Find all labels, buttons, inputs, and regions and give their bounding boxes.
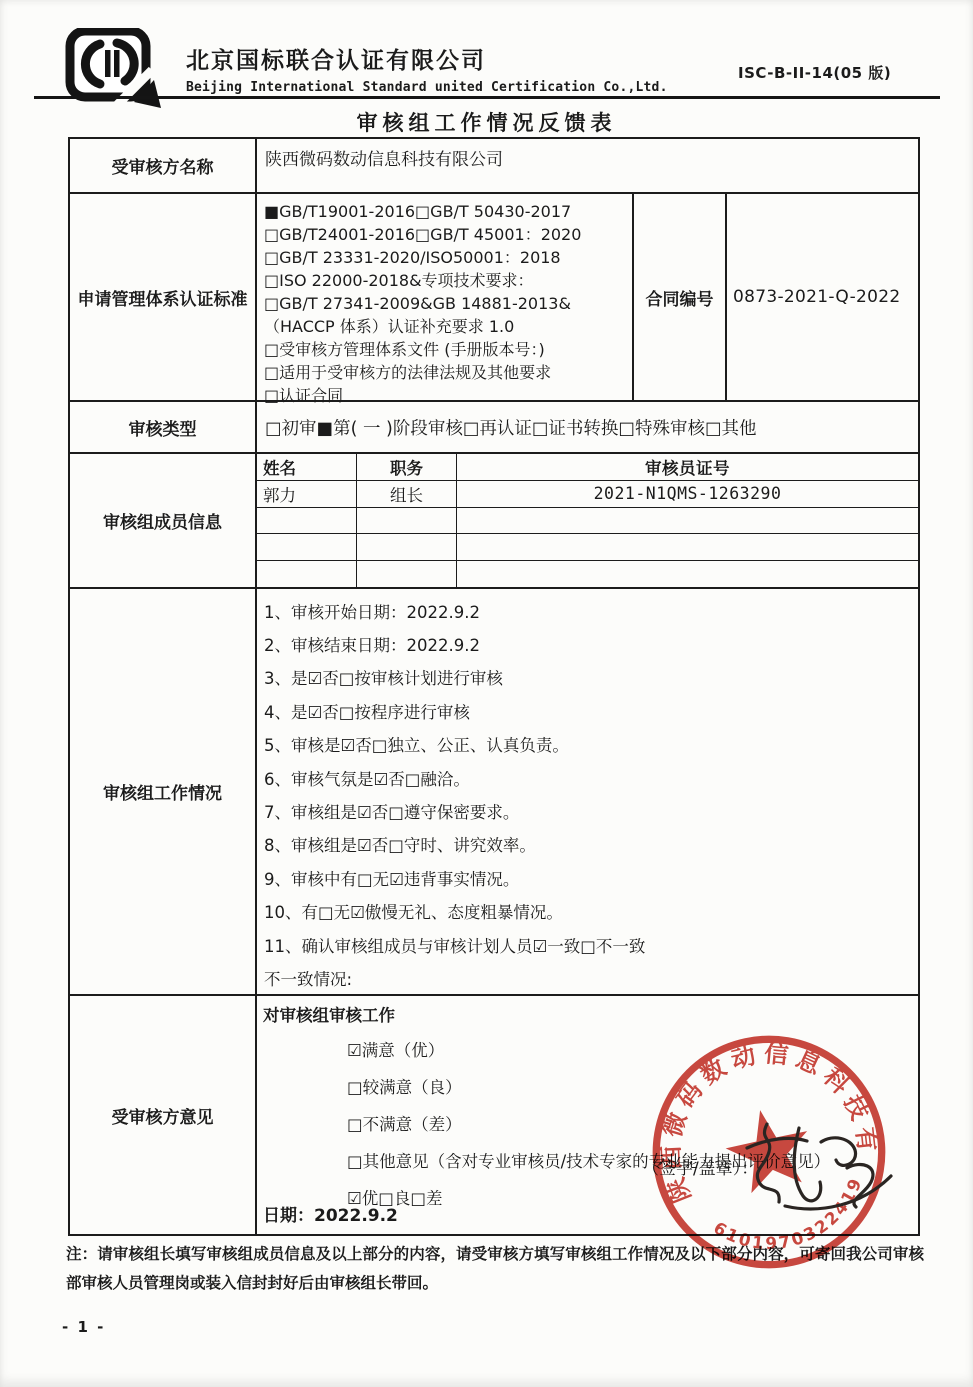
standard-option-line: □适用于受审核方的法律法规及其他要求 bbox=[264, 361, 630, 384]
work-situation-line: 不一致情况: bbox=[264, 961, 912, 994]
opinion-intro: 对审核组审核工作 bbox=[257, 996, 918, 1026]
work-situation-line: 5、审核是☑否□独立、公正、认真负责。 bbox=[264, 728, 912, 761]
member-name bbox=[257, 508, 356, 534]
feedback-form-table: 受审核方名称 陕西微码数动信息科技有限公司 申请管理体系认证标准 ■GB/T19… bbox=[68, 137, 920, 1236]
member-row bbox=[257, 560, 918, 587]
auditee-name-value: 陕西微码数动信息科技有限公司 bbox=[255, 139, 918, 192]
member-cert-no bbox=[456, 561, 918, 587]
work-situation-line: 7、审核组是☑否□遵守保密要求。 bbox=[264, 794, 912, 827]
standard-option-line: ■GB/T19001-2016□GB/T 50430-2017 bbox=[264, 200, 630, 223]
standard-option-line: □GB/T 23331-2020/ISO50001：2018 bbox=[264, 246, 630, 269]
member-row: 郭力 组长 2021-N1QMS-1263290 bbox=[257, 480, 918, 507]
member-role bbox=[356, 508, 456, 534]
standards-label: 申请管理体系认证标准 bbox=[70, 194, 255, 400]
work-situation-line: 2、审核结束日期：2022.9.2 bbox=[264, 627, 912, 660]
opinion-option-line: □较满意（良） bbox=[347, 1067, 918, 1104]
opinion-date: 日期：2022.9.2 bbox=[263, 1201, 398, 1226]
team-members-label: 审核组成员信息 bbox=[70, 454, 255, 587]
row-work-situation: 审核组工作情况 1、审核开始日期：2022.9.22、审核结束日期：2022.9… bbox=[70, 587, 918, 994]
auditee-opinion-label: 受审核方意见 bbox=[70, 996, 255, 1234]
company-name-cn: 北京国标联合认证有限公司 bbox=[186, 42, 486, 75]
row-audit-type: 审核类型 □初审■第( 一 )阶段审核□再认证□证书转换□特殊审核□其他 bbox=[70, 400, 918, 452]
member-cert-no: 2021-N1QMS-1263290 bbox=[456, 481, 918, 507]
audit-type-label: 审核类型 bbox=[70, 402, 255, 452]
standard-option-line: □GB/T24001-2016□GB/T 45001：2020 bbox=[264, 223, 630, 246]
contract-no-value: 0873-2021-Q-2022 bbox=[725, 194, 918, 400]
member-name bbox=[257, 561, 356, 587]
opinion-option-line: □其他意见（含对专业审核员/技术专家的专业能力提出评价意见） bbox=[347, 1141, 918, 1178]
member-cert-no bbox=[456, 534, 918, 560]
contract-no-label: 合同编号 bbox=[632, 194, 725, 400]
row-team-members: 审核组成员信息 姓名 职务 审核员证号 郭力 组长 2021-N1QMS-126… bbox=[70, 452, 918, 587]
members-header-role: 职务 bbox=[356, 454, 456, 480]
member-role: 组长 bbox=[356, 481, 456, 507]
opinion-option-line: □不满意（差） bbox=[347, 1104, 918, 1141]
work-situation-line: 4、是☑否□按程序进行审核 bbox=[264, 694, 912, 727]
member-role bbox=[356, 561, 456, 587]
member-cert-no bbox=[456, 508, 918, 534]
members-header-name: 姓名 bbox=[257, 454, 356, 480]
team-members-table: 姓名 职务 审核员证号 郭力 组长 2021-N1QMS-1263290 bbox=[255, 454, 918, 587]
work-situation-list: 1、审核开始日期：2022.9.22、审核结束日期：2022.9.23、是☑否□… bbox=[255, 589, 918, 994]
auditee-name-label: 受审核方名称 bbox=[70, 139, 255, 192]
opinion-options: ☑满意（优）□较满意（良）□不满意（差）□其他意见（含对专业审核员/技术专家的专… bbox=[347, 1030, 918, 1215]
standard-option-line: □GB/T 27341-2009&GB 14881-2013&（HACCP 体系… bbox=[264, 292, 630, 338]
standard-option-line: □ISO 22000-2018&专项技术要求： bbox=[264, 269, 630, 292]
standards-checkbox-list: ■GB/T19001-2016□GB/T 50430-2017□GB/T2400… bbox=[255, 194, 632, 400]
page-number: - 1 - bbox=[62, 1318, 105, 1336]
members-header-row: 姓名 职务 审核员证号 bbox=[257, 454, 918, 480]
work-situation-line: 8、审核组是☑否□守时、讲究效率。 bbox=[264, 828, 912, 861]
members-header-cert: 审核员证号 bbox=[456, 454, 918, 480]
member-name bbox=[257, 534, 356, 560]
audit-type-value: □初审■第( 一 )阶段审核□再认证□证书转换□特殊审核□其他 bbox=[255, 402, 918, 452]
work-situation-line: 6、审核气氛是☑否□融洽。 bbox=[264, 761, 912, 794]
work-situation-line: 9、审核中有□无☑违背事实情况。 bbox=[264, 861, 912, 894]
row-auditee-name: 受审核方名称 陕西微码数动信息科技有限公司 bbox=[70, 139, 918, 192]
header-divider bbox=[34, 96, 940, 99]
member-role bbox=[356, 534, 456, 560]
work-situation-line: 3、是☑否□按审核计划进行审核 bbox=[264, 661, 912, 694]
footer-note: 注：请审核组长填写审核组成员信息及以上部分的内容，请受审核方填写审核组工作情况及… bbox=[66, 1240, 924, 1298]
member-row bbox=[257, 507, 918, 534]
opinion-option-line: ☑优□良□差 bbox=[347, 1178, 918, 1215]
row-certification-standards: 申请管理体系认证标准 ■GB/T19001-2016□GB/T 50430-20… bbox=[70, 192, 918, 400]
scanned-form-page: 北京国标联合认证有限公司 Beijing International Stand… bbox=[0, 0, 973, 1387]
member-row bbox=[257, 533, 918, 560]
auditee-opinion-cell: 对审核组审核工作 ☑满意（优）□较满意（良）□不满意（差）□其他意见（含对专业审… bbox=[255, 996, 918, 1234]
work-situation-line: 1、审核开始日期：2022.9.2 bbox=[264, 594, 912, 627]
member-name: 郭力 bbox=[257, 481, 356, 507]
work-situation-line: 11、确认审核组成员与审核计划人员☑一致□不一致 bbox=[264, 928, 912, 961]
opinion-option-line: ☑满意（优） bbox=[347, 1030, 918, 1067]
form-title: 审核组工作情况反馈表 bbox=[0, 107, 973, 137]
row-auditee-opinion: 受审核方意见 对审核组审核工作 ☑满意（优）□较满意（良）□不满意（差）□其他意… bbox=[70, 994, 918, 1234]
work-situation-line: 10、有□无☑傲慢无礼、态度粗暴情况。 bbox=[264, 895, 912, 928]
work-situation-label: 审核组工作情况 bbox=[70, 589, 255, 994]
company-name-en: Beijing International Standard united Ce… bbox=[186, 80, 668, 95]
standard-option-line: □受审核方管理体系文件 (手册版本号：) bbox=[264, 338, 630, 361]
bisc-logo-icon bbox=[64, 28, 168, 114]
sign-stamp-label: （签字/盖章）： bbox=[642, 1154, 758, 1179]
document-code: ISC-B-II-14(05 版) bbox=[738, 62, 891, 83]
